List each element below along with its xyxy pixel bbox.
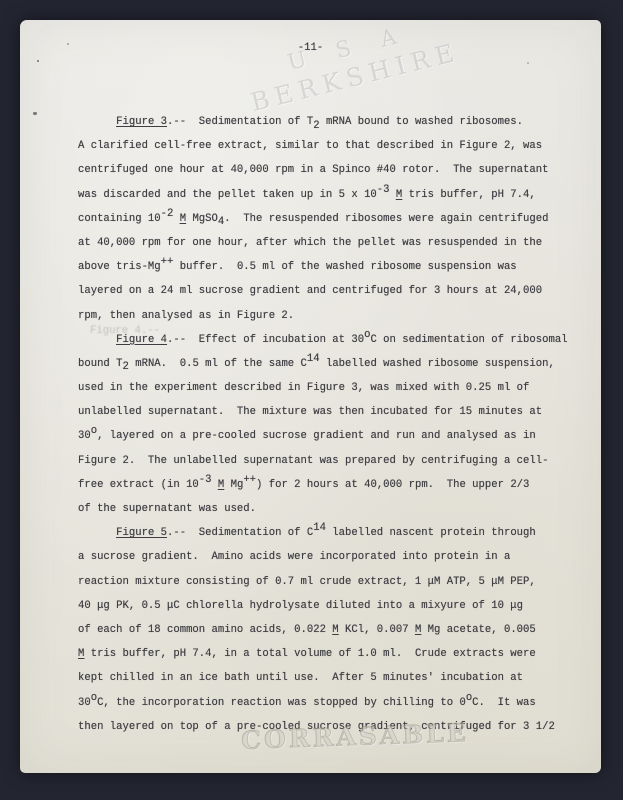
text-line: of each of 18 common amino acids, 0.022 …: [78, 618, 573, 642]
paper-speck: [37, 60, 39, 62]
figure-3-caption: Figure 3.-- Sedimentation of T2 mRNA bou…: [78, 110, 573, 328]
paper-speck: [67, 43, 69, 45]
page-number: -11-: [20, 42, 601, 54]
text-line: used in the experiment described in Figu…: [78, 376, 573, 400]
text-line: was discarded and the pellet taken up in…: [78, 183, 573, 207]
text-line: centrifuged one hour at 40,000 rpm in a …: [78, 158, 573, 182]
photo-background: U S A BERKSHIRE -11- Figure 3.-- Sedimen…: [0, 0, 623, 800]
paper-smudge: [33, 112, 37, 115]
text-line: unlabelled supernatant. The mixture was …: [78, 400, 573, 424]
figure-5-caption: Figure 5.-- Sedimentation of C14 labelle…: [78, 521, 573, 739]
text-line: a sucrose gradient. Amino acids were inc…: [78, 545, 573, 569]
text-line: A clarified cell-free extract, similar t…: [78, 134, 573, 158]
text-line: 30o, layered on a pre-cooled sucrose gra…: [78, 424, 573, 448]
text-line: M tris buffer, pH 7.4, in a total volume…: [78, 642, 573, 666]
text-line: free extract (in 10-3 M Mg++) for 2 hour…: [78, 473, 573, 497]
manuscript-page: U S A BERKSHIRE -11- Figure 3.-- Sedimen…: [20, 20, 601, 773]
text-line: layered on a 24 ml sucrose gradient and …: [78, 279, 573, 303]
text-line: at 40,000 rpm for one hour, after which …: [78, 231, 573, 255]
paper-speck: [527, 62, 529, 64]
text-line: of the supernatant was used.: [78, 497, 573, 521]
text-line: reaction mixture consisting of 0.7 ml cr…: [78, 570, 573, 594]
text-line: Figure 3.-- Sedimentation of T2 mRNA bou…: [78, 110, 573, 134]
text-line: containing 10-2 M MgSO4. The resuspended…: [78, 207, 573, 231]
text-line: 30oC, the incorporation reaction was sto…: [78, 691, 573, 715]
text-line: Figure 2. The unlabelled supernatant was…: [78, 449, 573, 473]
text-line: above tris-Mg++ buffer. 0.5 ml of the wa…: [78, 255, 573, 279]
text-line: bound T2 mRNA. 0.5 ml of the same C14 la…: [78, 352, 573, 376]
paper-watermark-top: U S A BERKSHIRE: [229, 8, 475, 120]
text-line: 40 μg PK, 0.5 μC chlorella hydrolysate d…: [78, 594, 573, 618]
text-line: Figure 5.-- Sedimentation of C14 labelle…: [78, 521, 573, 545]
text-line: kept chilled in an ice bath until use. A…: [78, 666, 573, 690]
document-text: Figure 3.-- Sedimentation of T2 mRNA bou…: [78, 110, 573, 739]
erased-typo-ghost: Figure 4.--: [90, 319, 160, 343]
figure-4-caption: Figure 4.-- Figure 4.-- Effect of incuba…: [78, 328, 573, 522]
text-line: then layered on top of a pre-cooled sucr…: [78, 715, 573, 739]
